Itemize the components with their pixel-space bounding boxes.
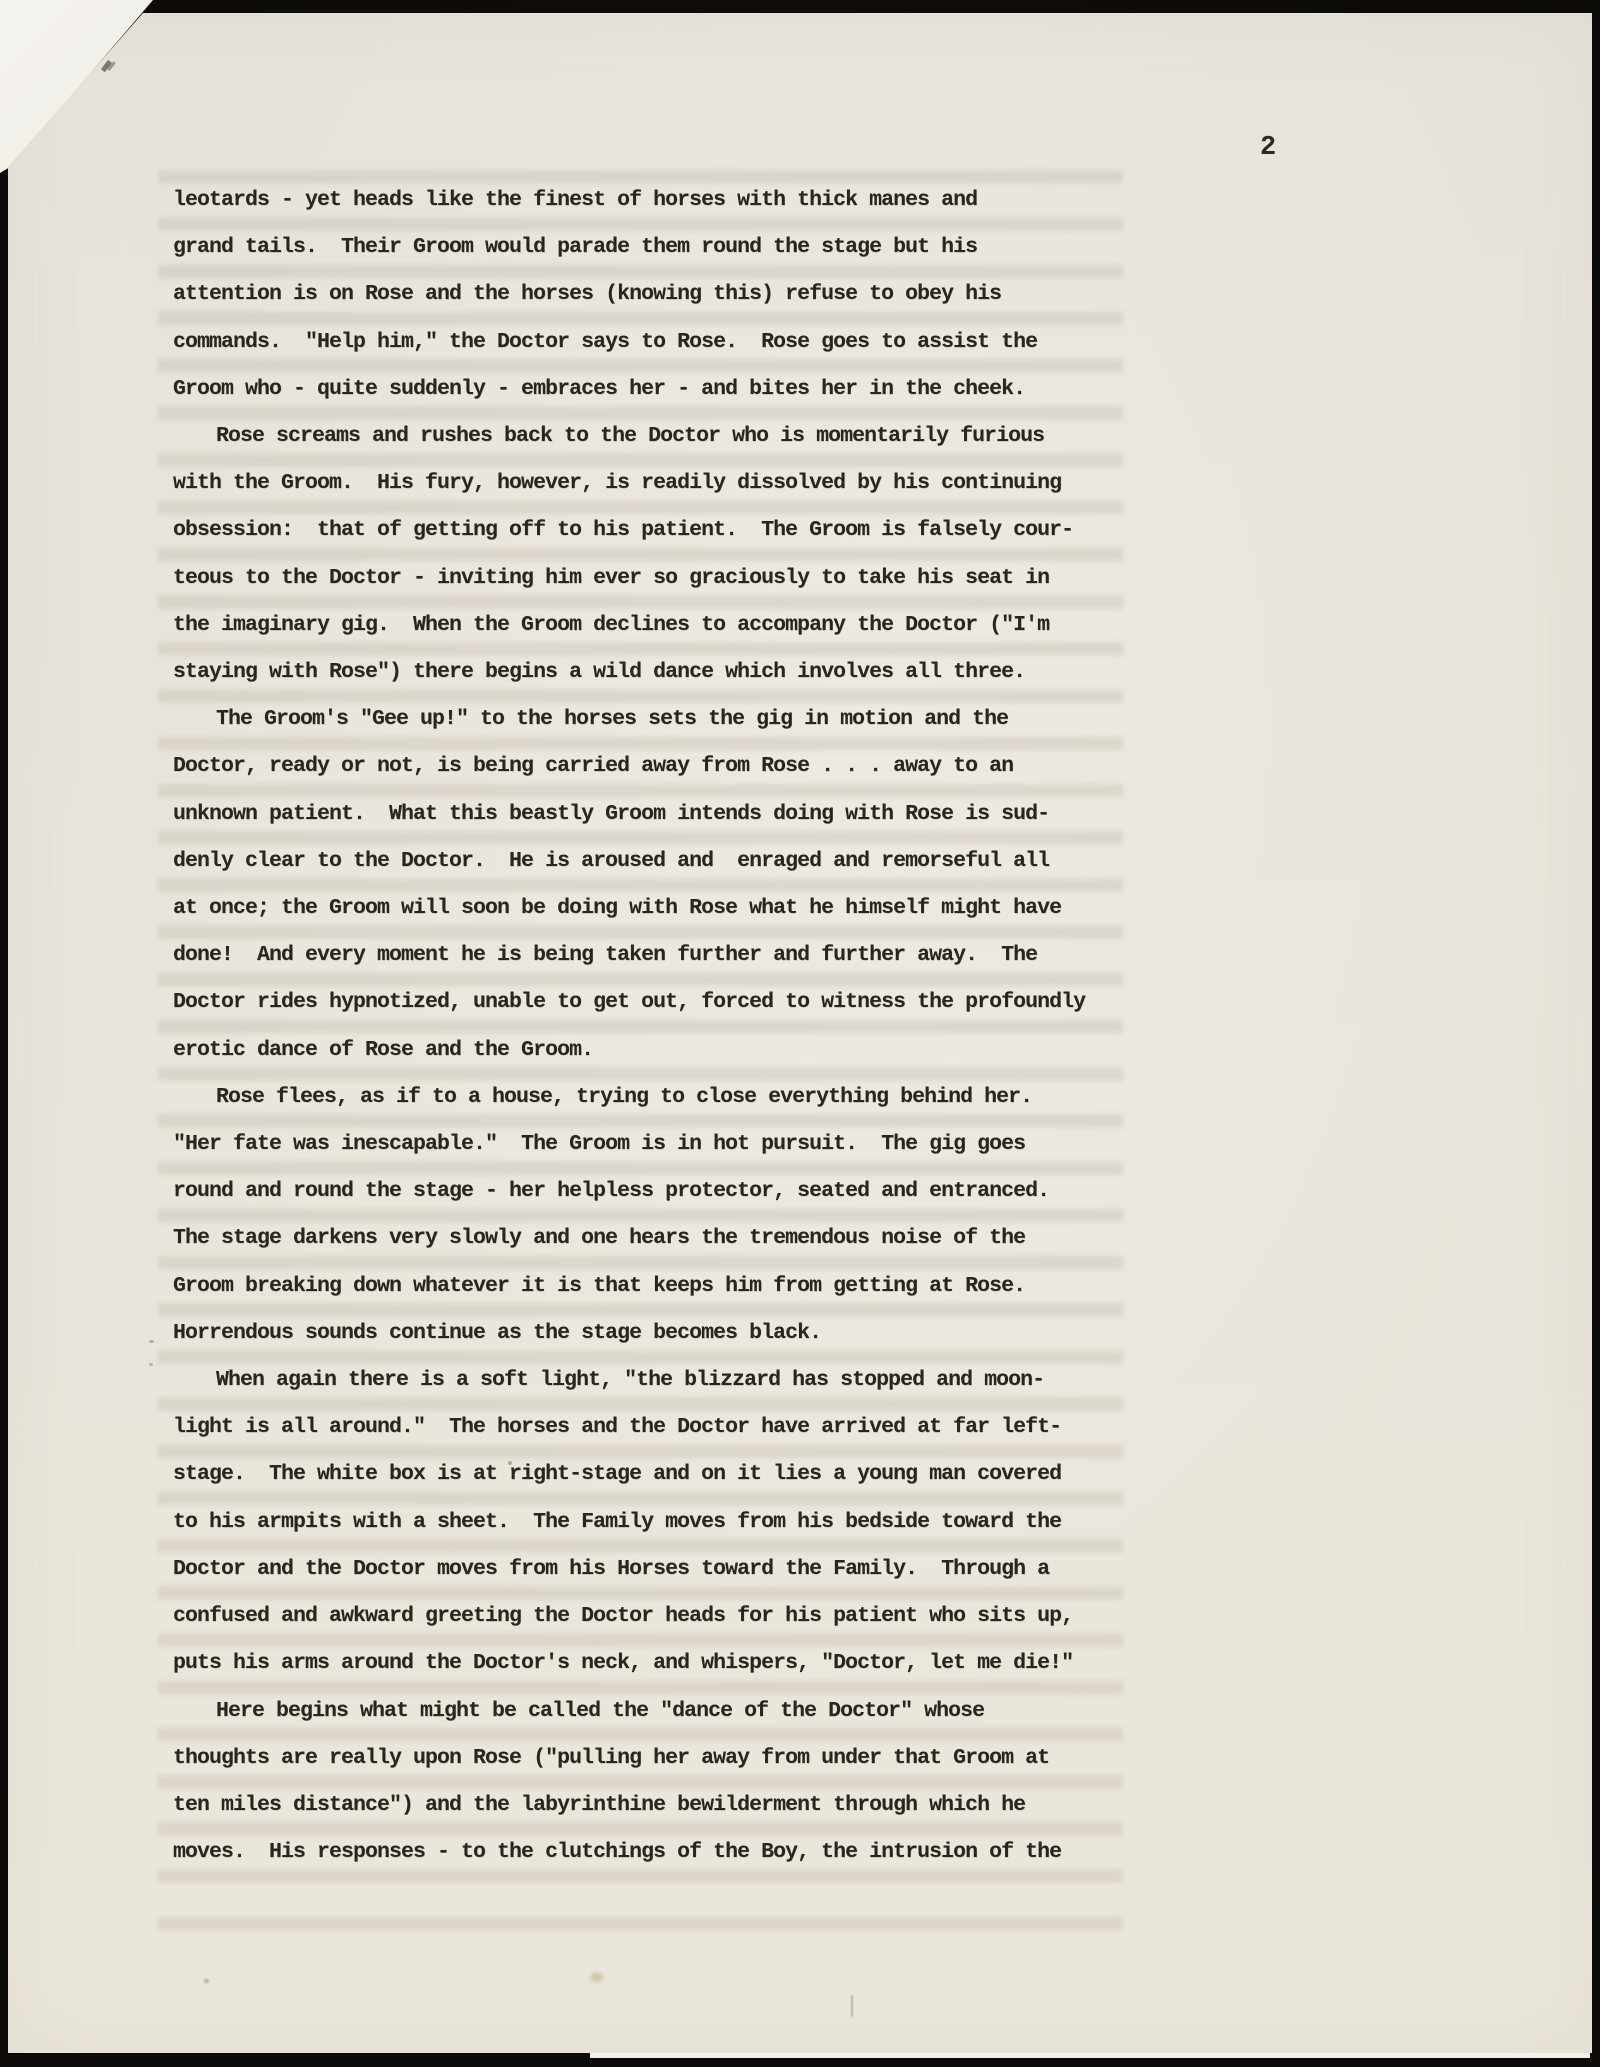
typed-line: stage. The white box is at right-stage a… <box>173 1451 1085 1498</box>
paper-speck <box>149 1340 154 1343</box>
typed-line: Groom who - quite suddenly - embraces he… <box>173 366 1085 413</box>
typed-line: Here begins what might be called the "da… <box>173 1688 1085 1735</box>
typed-line: with the Groom. His fury, however, is re… <box>173 460 1085 507</box>
paragraph: Here begins what might be called the "da… <box>173 1688 1085 1877</box>
typed-line: Rose screams and rushes back to the Doct… <box>173 413 1085 460</box>
typed-line: to his armpits with a sheet. The Family … <box>173 1499 1085 1546</box>
paper-scratch <box>851 1995 853 2017</box>
typed-line: Doctor rides hypnotized, unable to get o… <box>173 979 1085 1026</box>
paragraph: leotards - yet heads like the finest of … <box>173 177 1085 413</box>
typed-line: The Groom's "Gee up!" to the horses sets… <box>173 696 1085 743</box>
typed-line: confused and awkward greeting the Doctor… <box>173 1593 1085 1640</box>
typed-line: "Her fate was inescapable." The Groom is… <box>173 1121 1085 1168</box>
paragraph: Rose flees, as if to a house, trying to … <box>173 1074 1085 1357</box>
page-number: 2 <box>1260 135 1276 162</box>
typed-text: leotards - yet heads like the finest of … <box>173 177 1085 1876</box>
paragraph: Rose screams and rushes back to the Doct… <box>173 413 1085 696</box>
typed-line: Groom breaking down whatever it is that … <box>173 1263 1085 1310</box>
typed-line: at once; the Groom will soon be doing wi… <box>173 885 1085 932</box>
paper-speck <box>204 1979 209 1983</box>
typed-line: When again there is a soft light, "the b… <box>173 1357 1085 1404</box>
typed-line: Doctor, ready or not, is being carried a… <box>173 743 1085 790</box>
under-page-bottom-edge <box>590 2053 1590 2058</box>
typed-line: Rose flees, as if to a house, trying to … <box>173 1074 1085 1121</box>
typed-line: ten miles distance") and the labyrinthin… <box>173 1782 1085 1829</box>
typed-line: light is all around." The horses and the… <box>173 1404 1085 1451</box>
typed-line: attention is on Rose and the horses (kno… <box>173 271 1085 318</box>
typed-line: denly clear to the Doctor. He is aroused… <box>173 838 1085 885</box>
typed-line: leotards - yet heads like the finest of … <box>173 177 1085 224</box>
paper-speck <box>149 1363 153 1366</box>
staple-mark <box>101 60 112 73</box>
typed-line: Horrendous sounds continue as the stage … <box>173 1310 1085 1357</box>
paragraph: When again there is a soft light, "the b… <box>173 1357 1085 1687</box>
typed-line: Doctor and the Doctor moves from his Hor… <box>173 1546 1085 1593</box>
typed-line: commands. "Help him," the Doctor says to… <box>173 319 1085 366</box>
typed-line: moves. His responses - to the clutchings… <box>173 1829 1085 1876</box>
typed-line: round and round the stage - her helpless… <box>173 1168 1085 1215</box>
scan-background: 2 leotards - yet heads like the finest o… <box>0 0 1600 2067</box>
typed-line: puts his arms around the Doctor's neck, … <box>173 1640 1085 1687</box>
typed-line: staying with Rose") there begins a wild … <box>173 649 1085 696</box>
typed-line: unknown patient. What this beastly Groom… <box>173 791 1085 838</box>
typed-line: grand tails. Their Groom would parade th… <box>173 224 1085 271</box>
typed-line: erotic dance of Rose and the Groom. <box>173 1027 1085 1074</box>
paper-stain <box>590 1973 603 1982</box>
typed-line: done! And every moment he is being taken… <box>173 932 1085 979</box>
typed-line: teous to the Doctor - inviting him ever … <box>173 555 1085 602</box>
document-page: 2 leotards - yet heads like the finest o… <box>8 13 1592 2053</box>
typed-line: the imaginary gig. When the Groom declin… <box>173 602 1085 649</box>
typed-line: obsession: that of getting off to his pa… <box>173 507 1085 554</box>
typed-line: thoughts are really upon Rose ("pulling … <box>173 1735 1085 1782</box>
paragraph: The Groom's "Gee up!" to the horses sets… <box>173 696 1085 1074</box>
typed-line: The stage darkens very slowly and one he… <box>173 1215 1085 1262</box>
